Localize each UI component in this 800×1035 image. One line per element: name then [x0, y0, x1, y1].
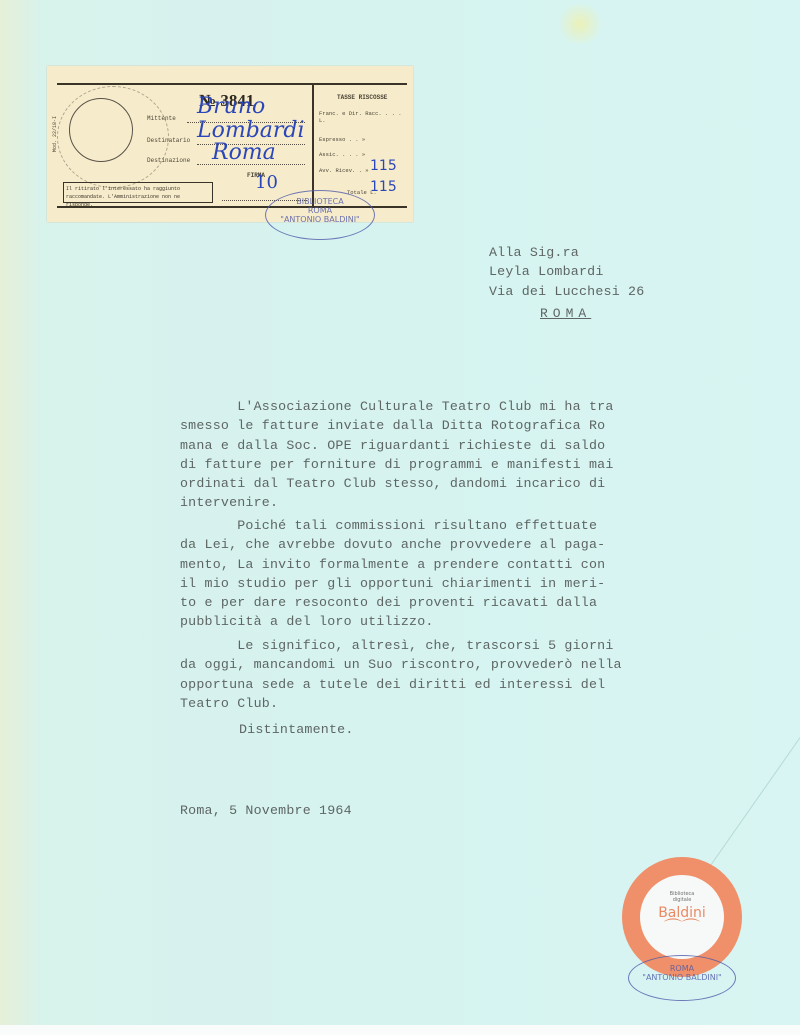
receipt-divider — [312, 83, 314, 207]
bottom-handwritten: 10 — [255, 172, 278, 193]
recipient-line-1: Alla Sig.ra — [489, 245, 579, 260]
stamp-line-2: ROMA — [266, 206, 374, 215]
receipt-top-rule — [57, 83, 407, 85]
tasse-avv-value: 115 — [370, 158, 397, 174]
scan-border — [0, 1025, 800, 1035]
body-paragraph-3: Le significo, altresì, che, trascorsi 5 … — [180, 636, 622, 713]
postmark-circle — [69, 98, 133, 162]
receipt-note: Il ritirato l'interessato ha raggiunto r… — [63, 182, 213, 203]
logo-small-line-2: digitale — [640, 897, 724, 903]
body-paragraph-2: Poiché tali commissioni risultano effett… — [180, 516, 605, 632]
stamp-line-3: "ANTONIO BALDINI" — [266, 215, 374, 224]
stamp-bottom-line-2: ROMA — [629, 964, 735, 973]
recipient-address: Alla Sig.ra Leyla Lombardi Via dei Lucch… — [489, 243, 644, 301]
library-logo-inner: Biblioteca digitale Baldini ⌒⌒ — [640, 875, 724, 959]
mittente-label: Mittente — [147, 115, 176, 122]
tasse-row-espresso: Espresso . . » — [319, 136, 365, 143]
tasse-title: TASSE RISCOSSE — [337, 94, 387, 101]
book-icon: ⌒⌒ — [640, 921, 724, 937]
tasse-row-avv: Avv. Ricev. . » — [319, 167, 369, 174]
body-paragraph-1: L'Associazione Culturale Teatro Club mi … — [180, 397, 614, 513]
destinazione-label: Destinazione — [147, 157, 190, 164]
logo-small-text: Biblioteca digitale — [640, 891, 724, 903]
library-stamp-oval-bottom: ROMA "ANTONIO BALDINI" — [628, 955, 736, 1001]
stamp-line-1: BIBLIOTECA — [266, 197, 374, 206]
library-stamp-oval: BIBLIOTECA ROMA "ANTONIO BALDINI" — [265, 190, 375, 240]
paper-stain — [555, 4, 605, 44]
recipient-city: ROMA — [540, 306, 591, 321]
destinatario-label: Destinatario — [147, 137, 190, 144]
destinazione-handwritten: Roma — [212, 140, 276, 165]
stamp-bottom-line-3: "ANTONIO BALDINI" — [629, 973, 735, 982]
closing-salutation: Distintamente. — [239, 720, 354, 739]
recipient-line-2: Leyla Lombardi — [489, 264, 604, 279]
tasse-row-assic: Assic. . . . » — [319, 151, 365, 158]
mittente-handwritten: Bruno — [197, 94, 265, 119]
date-line: Roma, 5 Novembre 1964 — [180, 801, 352, 820]
recipient-line-3: Via dei Lucchesi 26 — [489, 284, 644, 299]
tasse-row-franc: Franc. e Dir. Racc. . . . L. — [319, 110, 404, 124]
tasse-totale-value: 115 — [370, 179, 397, 195]
